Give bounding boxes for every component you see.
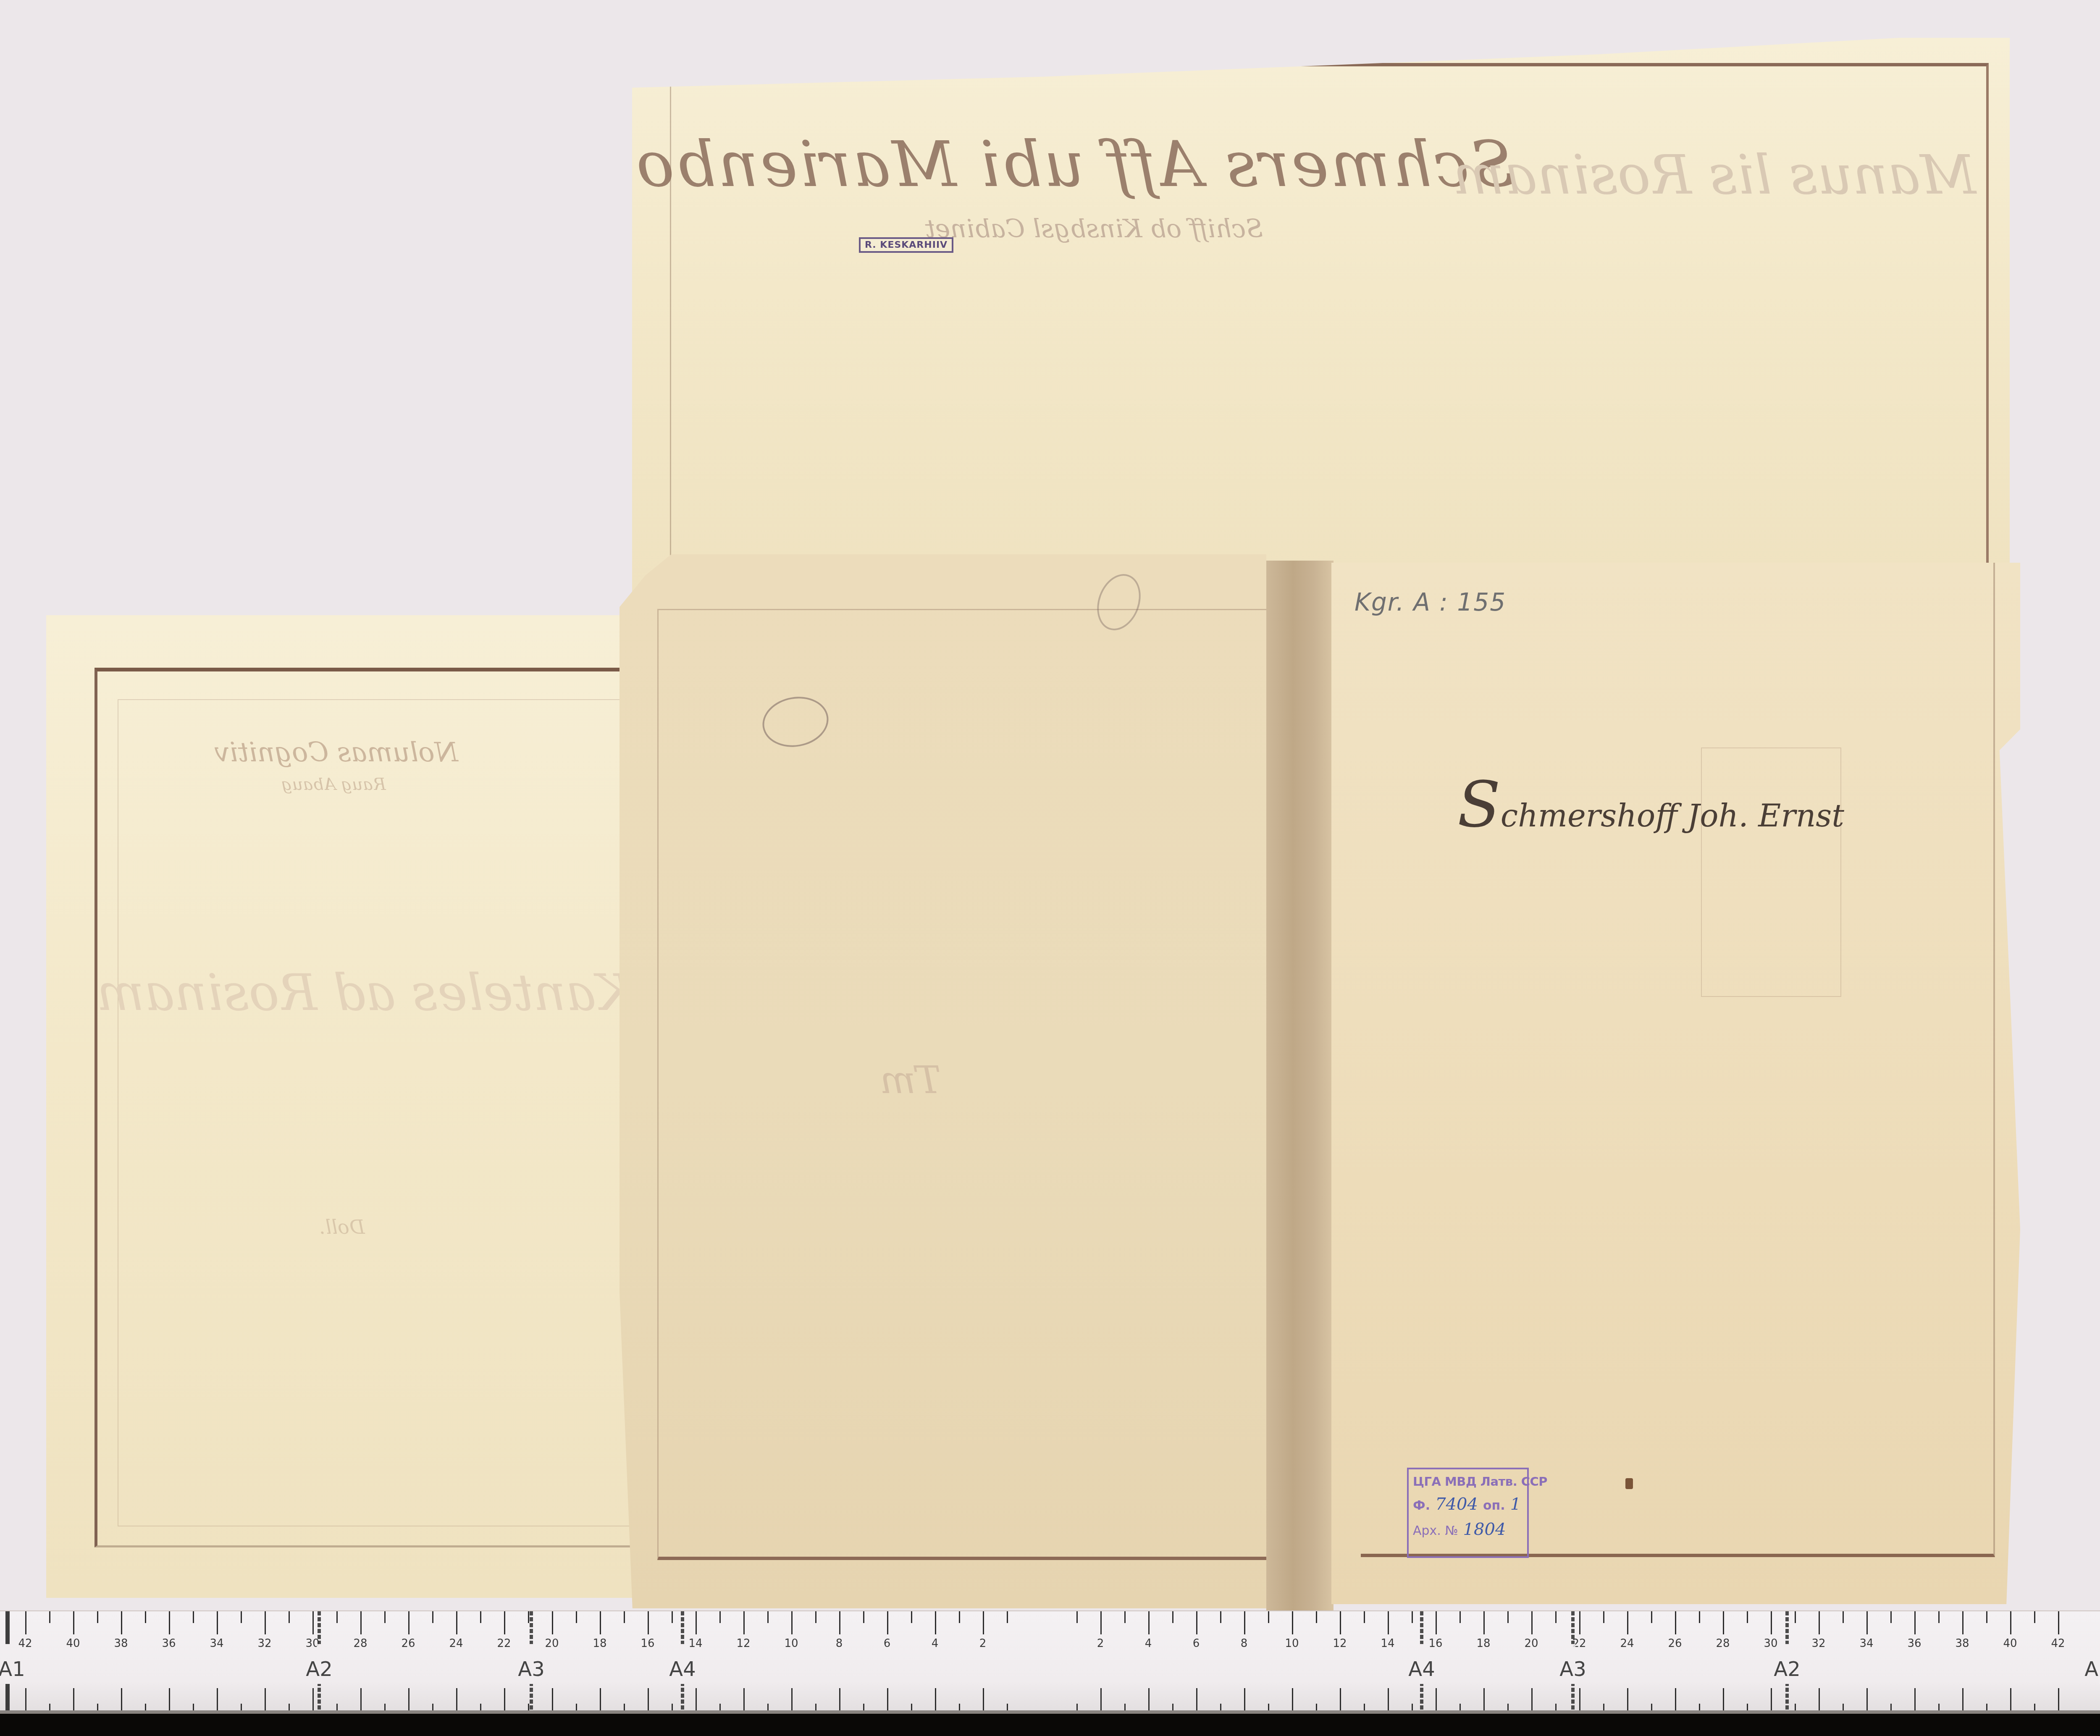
ruler-number: 36 <box>1907 1637 1921 1650</box>
ruler-number: 6 <box>1193 1637 1200 1650</box>
stamp-arch-label: Арх. № <box>1413 1524 1458 1538</box>
ruler-major-tick <box>1388 1611 1389 1634</box>
scanner-background <box>0 1714 2100 1736</box>
stamp-organization: ЦГА МВД Латв. ССР <box>1413 1474 1547 1489</box>
ruler-major-tick <box>265 1688 266 1711</box>
top-map-sheet: Schmers Aff ubi Marienborgs Schiff ob Ki… <box>632 38 2010 592</box>
ruler-major-tick <box>1771 1611 1772 1634</box>
ruler-edge <box>0 1710 2100 1714</box>
paper-size-label: A1 <box>2084 1657 2100 1681</box>
ruler-major-tick <box>73 1688 74 1711</box>
ruler-major-tick <box>1531 1611 1533 1634</box>
ruler-major-tick <box>1962 1688 1963 1711</box>
show-through-text: Tm <box>880 1058 941 1102</box>
ruler-minor-tick <box>432 1611 433 1623</box>
ruler-major-tick <box>1340 1611 1341 1634</box>
ruler-minor-tick <box>815 1611 816 1623</box>
ruler-number: 4 <box>1145 1637 1152 1650</box>
ruler-minor-tick <box>1603 1611 1604 1623</box>
ruler-minor-tick <box>97 1611 98 1623</box>
ruler-number: 24 <box>1620 1637 1634 1650</box>
ruler-major-tick <box>25 1611 26 1634</box>
ruler-minor-tick <box>336 1611 338 1623</box>
ruler-major-tick <box>217 1611 218 1634</box>
ruler-number: 26 <box>401 1637 415 1650</box>
ruler-major-tick <box>1531 1688 1533 1711</box>
ruler-major-tick <box>839 1688 840 1711</box>
left-sheet-inner-border <box>118 699 634 1526</box>
ruler-number: 16 <box>640 1637 654 1650</box>
ruler-minor-tick <box>767 1611 769 1623</box>
ruler-major-tick <box>217 1688 218 1711</box>
ruler-minor-tick <box>1651 1611 1652 1623</box>
ruler-number: 4 <box>932 1637 939 1650</box>
ruler-major-tick <box>935 1611 936 1634</box>
paper-size-label: A4 <box>1408 1657 1435 1681</box>
ruler-minor-tick <box>1007 1611 1008 1623</box>
ruler-number: 12 <box>1333 1637 1347 1650</box>
middle-sheet-frame-border <box>657 609 1266 1560</box>
archive-stamp: ЦГА МВД Латв. ССР Ф. 7404 оп. 1 Арх. № 1… <box>1407 1468 1529 1558</box>
ruler-minor-tick <box>289 1611 290 1623</box>
ruler-major-tick <box>1675 1611 1676 1634</box>
ruler-major-tick <box>1819 1688 1820 1711</box>
ruler-minor-tick <box>2034 1611 2035 1623</box>
ruler-major-tick <box>1292 1688 1293 1711</box>
ruler-major-tick <box>1388 1688 1389 1711</box>
pencil-shelfmark: Kgr. A : 155 <box>1354 588 1506 616</box>
ruler-major-tick <box>791 1688 793 1711</box>
ruler-number: 38 <box>114 1637 128 1650</box>
ruler-major-tick <box>1292 1611 1293 1634</box>
ruler-major-tick <box>1436 1688 1437 1711</box>
ruler-number: 10 <box>1285 1637 1299 1650</box>
stamp-opis-value: 1 <box>1510 1495 1521 1514</box>
ruler-minor-tick <box>528 1611 529 1623</box>
ruler-number: 22 <box>497 1637 511 1650</box>
ruler-major-tick <box>1340 1688 1341 1711</box>
measurement-ruler: 4240383634323028262422201816141210864224… <box>0 1610 2100 1711</box>
ruler-major-tick <box>1244 1688 1245 1711</box>
stamp-fond-label: Ф. <box>1413 1498 1430 1513</box>
ruler-number: 20 <box>1524 1637 1538 1650</box>
ruler-major-tick <box>743 1688 745 1711</box>
ruler-major-tick <box>552 1611 553 1634</box>
stamp-arch-value: 1804 <box>1463 1520 1506 1539</box>
ruler-major-tick <box>504 1611 505 1634</box>
ruler-number: 34 <box>210 1637 223 1650</box>
ruler-major-tick <box>408 1688 409 1711</box>
ruler-minor-tick <box>49 1611 50 1623</box>
ruler-number: 42 <box>2051 1637 2065 1650</box>
ruler-minor-tick <box>193 1611 194 1623</box>
ruler-major-tick <box>1627 1688 1628 1711</box>
ruler-major-tick <box>648 1611 649 1634</box>
ruler-major-tick <box>1196 1611 1197 1634</box>
ruler-major-tick <box>648 1688 649 1711</box>
ruler-number: 2 <box>979 1637 987 1650</box>
ruler-minor-tick <box>1795 1611 1796 1623</box>
ruler-major-tick <box>1436 1611 1437 1634</box>
ruler-minor-tick <box>1459 1611 1461 1623</box>
right-map-sheet: Kgr. A : 155 Schmershoff Joh. Ernst <box>1331 563 2020 1604</box>
ruler-minor-tick <box>911 1611 912 1623</box>
ruler-major-tick <box>1866 1688 1868 1711</box>
ruler-number: 12 <box>736 1637 750 1650</box>
ruler-number: 24 <box>449 1637 463 1650</box>
ruler-number: 32 <box>257 1637 271 1650</box>
ruler-number: 8 <box>836 1637 843 1650</box>
paper-size-label: A3 <box>1559 1657 1586 1681</box>
ruler-major-tick <box>504 1688 505 1711</box>
ruler-number: 42 <box>18 1637 32 1650</box>
ruler-major-tick <box>121 1688 122 1711</box>
ruler-minor-tick <box>145 1611 146 1623</box>
show-through-text: Nolumas Cognitiv <box>214 737 458 768</box>
ruler-major-tick <box>73 1611 74 1634</box>
ruler-major-tick <box>1483 1688 1485 1711</box>
ruler-minor-tick <box>1268 1611 1269 1623</box>
ruler-major-tick <box>265 1611 266 1634</box>
ruler-minor-tick <box>384 1611 386 1623</box>
ruler-minor-tick <box>576 1611 577 1623</box>
ruler-major-tick <box>696 1611 697 1634</box>
keskarhiiv-stamp: R. KESKARHIIV <box>859 237 953 253</box>
ruler-major-tick <box>1483 1611 1485 1634</box>
ruler-minor-tick <box>1699 1611 1700 1623</box>
ruler-major-tick <box>1100 1611 1102 1634</box>
ruler-minor-tick <box>1890 1611 1892 1623</box>
ruler-major-tick <box>600 1611 601 1634</box>
ruler-major-tick <box>169 1688 170 1711</box>
ruler-major-tick <box>312 1688 314 1711</box>
left-map-sheet: Nolumas Cognitiv Raug Abaug Kanteles ad … <box>46 615 643 1598</box>
ruler-minor-tick <box>1938 1611 1940 1623</box>
ruler-major-tick <box>1962 1611 1963 1634</box>
ruler-number: 40 <box>66 1637 80 1650</box>
ruler-number: 32 <box>1811 1637 1825 1650</box>
ruler-number: 18 <box>593 1637 606 1650</box>
stamp-opis-label: оп. <box>1483 1498 1505 1513</box>
ruler-minor-tick <box>672 1611 673 1623</box>
ruler-number: 16 <box>1428 1637 1442 1650</box>
ruler-major-tick <box>1723 1611 1724 1634</box>
ruler-major-tick <box>2010 1611 2011 1634</box>
ruler-major-tick <box>121 1611 122 1634</box>
ruler-major-tick <box>1914 1611 1916 1634</box>
ruler-major-tick <box>360 1688 362 1711</box>
fold-reinforcement-strip <box>1266 561 1333 1615</box>
ruler-minor-tick <box>959 1611 960 1623</box>
ruler-number: 6 <box>884 1637 891 1650</box>
ruler-major-tick <box>1579 1611 1580 1634</box>
ruler-minor-tick <box>1507 1611 1509 1623</box>
ruler-minor-tick <box>241 1611 242 1623</box>
stamp-fond-value: 7404 <box>1435 1495 1478 1514</box>
ruler-major-tick <box>887 1688 888 1711</box>
ruler-major-tick <box>1771 1688 1772 1711</box>
ruler-major-tick <box>2058 1611 2059 1634</box>
ruler-major-tick <box>312 1611 314 1634</box>
show-through-title: Schmers Aff ubi Marienborgs <box>674 128 1514 201</box>
ruler-number: 38 <box>1955 1637 1969 1650</box>
ruler-major-tick <box>2010 1688 2011 1711</box>
ruler-major-tick <box>1723 1688 1724 1711</box>
ruler-major-tick <box>1100 1688 1102 1711</box>
ruler-minor-tick <box>1220 1611 1221 1623</box>
ruler-number: 14 <box>688 1637 702 1650</box>
ruler-number: 26 <box>1668 1637 1682 1650</box>
ruler-minor-tick <box>863 1611 864 1623</box>
ruler-minor-tick <box>1316 1611 1317 1623</box>
ruler-minor-tick <box>1555 1611 1557 1623</box>
paper-size-label: A3 <box>518 1657 544 1681</box>
ruler-number: 34 <box>1859 1637 1873 1650</box>
ruler-major-tick <box>743 1611 745 1634</box>
paper-size-label: A4 <box>669 1657 696 1681</box>
ruler-major-tick <box>2058 1688 2059 1711</box>
ruler-number: 10 <box>784 1637 798 1650</box>
ruler-major-tick <box>1819 1611 1820 1634</box>
ruler-minor-tick <box>1412 1611 1413 1623</box>
ruler-major-tick <box>1866 1611 1868 1634</box>
ruler-major-tick <box>600 1688 601 1711</box>
show-through-text: Raug Abaug <box>281 775 386 794</box>
ruler-number: 20 <box>545 1637 559 1650</box>
show-through-text: Doll. <box>319 1216 365 1238</box>
ruler-major-tick <box>408 1611 409 1634</box>
ruler-major-tick <box>1579 1688 1580 1711</box>
ruler-major-tick <box>456 1688 457 1711</box>
ruler-minor-tick <box>1364 1611 1365 1623</box>
ruler-number: 18 <box>1476 1637 1490 1650</box>
show-through-inset-box <box>1701 747 1841 997</box>
ruler-major-tick <box>696 1688 697 1711</box>
ruler-major-tick <box>1244 1611 1245 1634</box>
ruler-minor-tick <box>1172 1611 1173 1623</box>
ink-blot <box>1625 1478 1633 1489</box>
ruler-number: 14 <box>1381 1637 1394 1650</box>
ruler-number: 2 <box>1097 1637 1104 1650</box>
ruler-number: 36 <box>162 1637 176 1650</box>
paper-size-label: A2 <box>306 1657 332 1681</box>
ruler-number: 30 <box>1764 1637 1777 1650</box>
paper-size-label: A1 <box>0 1657 25 1681</box>
ruler-number: 40 <box>2003 1637 2017 1650</box>
ruler-major-tick <box>25 1688 26 1711</box>
ruler-number: 28 <box>353 1637 367 1650</box>
ruler-major-tick <box>456 1611 457 1634</box>
ruler-major-tick <box>360 1611 362 1634</box>
ruler-major-tick <box>1914 1688 1916 1711</box>
ruler-number: 28 <box>1716 1637 1730 1650</box>
ruler-major-tick <box>1196 1688 1197 1711</box>
ruler-major-tick <box>983 1688 984 1711</box>
middle-map-sheet: Tm <box>619 554 1266 1608</box>
right-sheet-frame-border <box>1361 563 1995 1557</box>
ruler-minor-tick <box>1986 1611 1987 1623</box>
show-through-text: Kanteles ad Rosinam <box>97 964 634 1022</box>
ruler-number: 8 <box>1241 1637 1248 1650</box>
ruler-major-tick <box>169 1611 170 1634</box>
ruler-major-tick <box>1148 1688 1150 1711</box>
ruler-major-tick <box>887 1611 888 1634</box>
ruler-minor-tick <box>1076 1611 1078 1623</box>
ruler-major-tick <box>1148 1611 1150 1634</box>
ruler-major-tick <box>1675 1688 1676 1711</box>
ruler-minor-tick <box>1843 1611 1844 1623</box>
ruler-minor-tick <box>480 1611 481 1623</box>
ruler-major-tick <box>1627 1611 1628 1634</box>
ruler-major-tick <box>552 1688 553 1711</box>
ruler-minor-tick <box>1747 1611 1748 1623</box>
show-through-ghost-title: Manus lis Rosinam <box>1556 143 1976 207</box>
ruler-major-tick <box>935 1688 936 1711</box>
ruler-major-tick <box>839 1611 840 1634</box>
ruler-major-tick <box>791 1611 793 1634</box>
ruler-minor-tick <box>1124 1611 1126 1623</box>
ruler-minor-tick <box>624 1611 625 1623</box>
ruler-major-tick <box>983 1611 984 1634</box>
ruler-minor-tick <box>719 1611 721 1623</box>
paper-size-label: A2 <box>1774 1657 1800 1681</box>
